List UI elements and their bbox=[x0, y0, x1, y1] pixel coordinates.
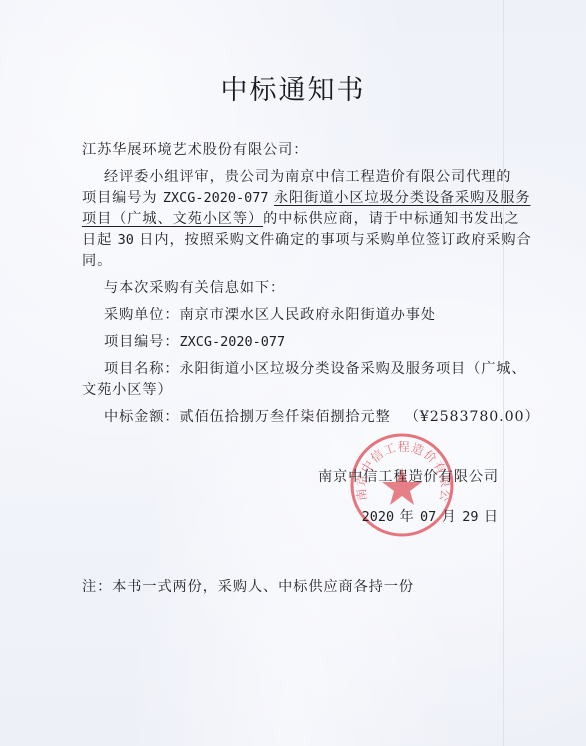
body-line-3: 项目（广城、文苑小区等）的中标供应商，请于中标通知书发出之 bbox=[82, 210, 520, 228]
days-count: 30 bbox=[118, 232, 134, 248]
footnote: 注：本书一式两份，采购人、中标供应商各持一份 bbox=[82, 578, 414, 596]
project-name-value-line1: 永阳街道小区垃圾分类设备采购及服务项目（广城、 bbox=[179, 361, 526, 377]
award-amount-label: 中标金额： bbox=[104, 409, 179, 425]
award-amount-number: （¥2583780.00） bbox=[405, 409, 540, 425]
document-title: 中标通知书 bbox=[0, 68, 586, 107]
project-name-label: 项目名称： bbox=[104, 361, 179, 377]
body-line-2: 项目编号为 ZXCG-2020-077 永阳街道小区垃圾分类设备采购及服务 bbox=[82, 189, 530, 207]
body-line-4-prefix: 日起 bbox=[82, 232, 118, 248]
project-number-label: 项目编号： bbox=[104, 334, 179, 350]
project-number-value: ZXCG-2020-077 bbox=[179, 334, 285, 350]
date-month: 07 bbox=[420, 509, 436, 525]
body-line-3-rest: 的中标供应商，请于中标通知书发出之 bbox=[263, 211, 520, 227]
award-amount-row: 中标金额：贰佰伍拾捌万叁仟柒佰捌拾元整（¥2583780.00） bbox=[104, 408, 540, 426]
signing-date: 2020 年 07 月 29 日 bbox=[362, 506, 499, 526]
date-year-unit: 年 bbox=[394, 509, 420, 525]
project-name-value-line2: 文苑小区等） bbox=[82, 381, 173, 399]
project-name-underlined-part2: 项目（广城、文苑小区等） bbox=[82, 211, 263, 227]
date-year: 2020 bbox=[362, 509, 395, 525]
document-page: 中标通知书 江苏华展环境艺术股份有限公司： 经评委小组评审，贵公司为南京中信工程… bbox=[0, 0, 586, 746]
body-line-4-rest: 日内，按照采购文件确定的事项与采购单位签订政府采购合 bbox=[134, 232, 532, 248]
body-line-5: 同。 bbox=[82, 252, 112, 270]
project-name-underlined-part1: 永阳街道小区垃圾分类设备采购及服务 bbox=[274, 190, 531, 206]
date-day: 29 bbox=[462, 509, 478, 525]
body-line-1: 经评委小组评审，贵公司为南京中信工程造价有限公司代理的 bbox=[104, 168, 511, 186]
signing-company: 南京中信工程造价有限公司 bbox=[318, 466, 499, 486]
purchaser-row: 采购单位：南京市溧水区人民政府永阳街道办事处 bbox=[104, 306, 436, 324]
body-line-4: 日起 30 日内，按照采购文件确定的事项与采购单位签订政府采购合 bbox=[82, 231, 532, 249]
date-day-unit: 日 bbox=[479, 509, 500, 525]
addressee: 江苏华展环境艺术股份有限公司： bbox=[82, 141, 308, 159]
project-name-row: 项目名称：永阳街道小区垃圾分类设备采购及服务项目（广城、 bbox=[104, 360, 526, 378]
project-number-row: 项目编号：ZXCG-2020-077 bbox=[104, 333, 285, 351]
date-month-unit: 月 bbox=[436, 509, 462, 525]
purchaser-label: 采购单位： bbox=[104, 307, 179, 323]
body-line-2-prefix: 项目编号为 bbox=[82, 190, 163, 206]
info-intro: 与本次采购有关信息如下： bbox=[104, 279, 285, 297]
project-code-inline: ZXCG-2020-077 bbox=[163, 190, 269, 206]
award-amount-words: 贰佰伍拾捌万叁仟柒佰捌拾元整 bbox=[179, 409, 390, 425]
purchaser-value: 南京市溧水区人民政府永阳街道办事处 bbox=[179, 307, 436, 323]
